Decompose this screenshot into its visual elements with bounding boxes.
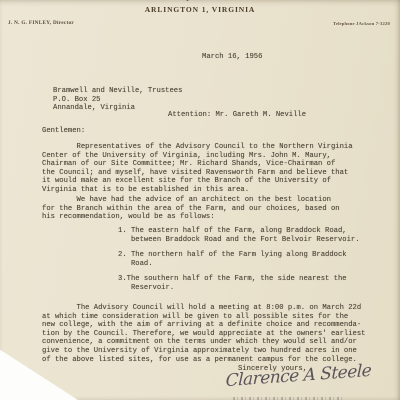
letterhead-street-line: NORTH QUINCY STREET — [0, 0, 400, 2]
body-paragraph-3: The Advisory Council will hold a meeting… — [42, 304, 387, 364]
site-list-item-3: 3.The southern half of the Farm, the sid… — [118, 275, 383, 292]
letterhead-city-line: ARLINGTON 1, VIRGINIA — [0, 5, 400, 14]
site-list-item-1: 1. The eastern half of the Farm, along B… — [118, 227, 383, 244]
letterhead-telephone: Telephone JAckson 7-3220 — [333, 21, 390, 26]
scanned-letter-page: NORTH QUINCY STREET ARLINGTON 1, VIRGINI… — [0, 0, 400, 400]
salutation: Gentlemen: — [42, 127, 85, 136]
recipient-address-block: Bramwell and Neville, Trustees P.O. Box … — [53, 87, 182, 113]
letter-date: March 16, 1956 — [202, 53, 262, 62]
body-paragraph-2: We have had the advice of an architect o… — [42, 196, 382, 222]
site-list-item-2: 2. The northern half of the Farm lying a… — [118, 251, 383, 268]
attention-line: Attention: Mr. Gareth M. Neville — [168, 111, 306, 120]
letterhead-director: J. N. G. FINLEY, Director — [8, 20, 74, 26]
body-paragraph-1: Representatives of the Advisory Council … — [42, 143, 382, 195]
